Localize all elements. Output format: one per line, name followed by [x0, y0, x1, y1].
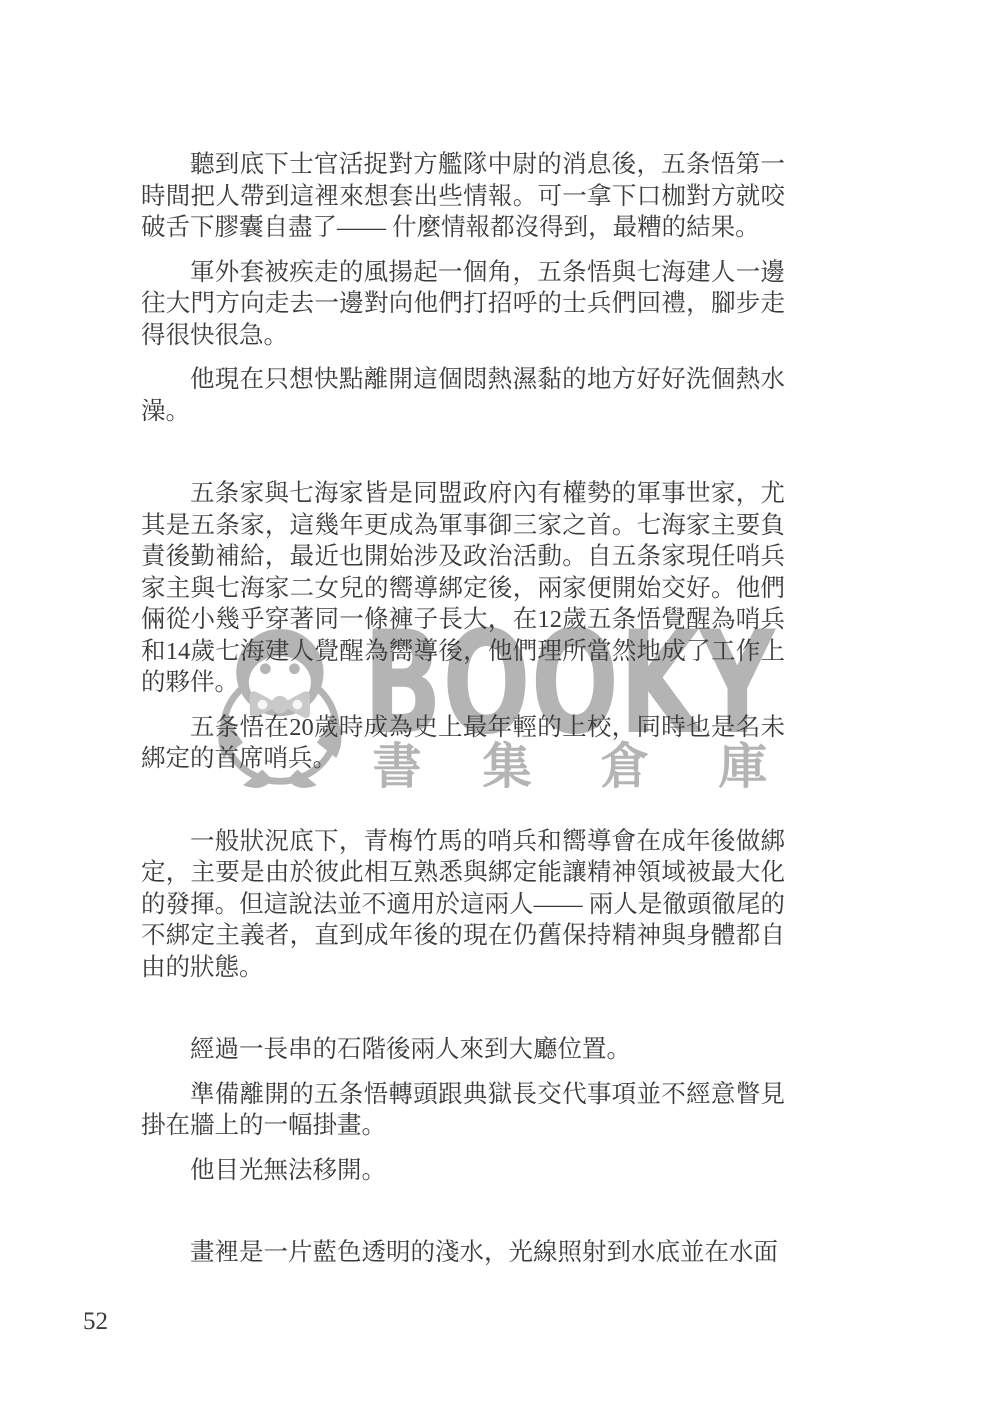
paragraph: 五条家與七海家皆是同盟政府內有權勢的軍事世家，尤其是五条家，這幾年更成為軍事御三… — [141, 478, 785, 699]
paragraph: 他目光無法移開。 — [141, 1155, 785, 1187]
paragraph: 他現在只想快點離開這個悶熱濕黏的地方好好洗個熱水澡。 — [141, 364, 785, 427]
text-column: 聽到底下士官活捉對方艦隊中尉的消息後，五条悟第一時間把人帶到這裡來想套出些情報。… — [141, 149, 785, 1269]
paragraph: 一般狀況底下，青梅竹馬的哨兵和嚮導會在成年後做綁定，主要是由於彼此相互熟悉與綁定… — [141, 826, 785, 984]
paragraph: 五条悟在20歲時成為史上最年輕的上校，同時也是名未綁定的首席哨兵。 — [141, 712, 785, 775]
paragraph: 聽到底下士官活捉對方艦隊中尉的消息後，五条悟第一時間把人帶到這裡來想套出些情報。… — [141, 149, 785, 244]
paragraph: 經過一長串的石階後兩人來到大廳位置。 — [141, 1034, 785, 1066]
book-page: BOOKY 書 集 倉 庫 聽到底下士官活捉對方艦隊中尉的消息後，五条悟第一時間… — [0, 0, 1000, 1403]
paragraph: 畫裡是一片藍色透明的淺水，光線照射到水底並在水面 — [141, 1237, 785, 1269]
paragraph: 軍外套被疾走的風揚起一個角，五条悟與七海建人一邊往大門方向走去一邊對向他們打招呼… — [141, 257, 785, 352]
page-number: 52 — [83, 1308, 108, 1336]
paragraph: 準備離開的五条悟轉頭跟典獄長交代事項並不經意瞥見掛在牆上的一幅掛畫。 — [141, 1079, 785, 1142]
